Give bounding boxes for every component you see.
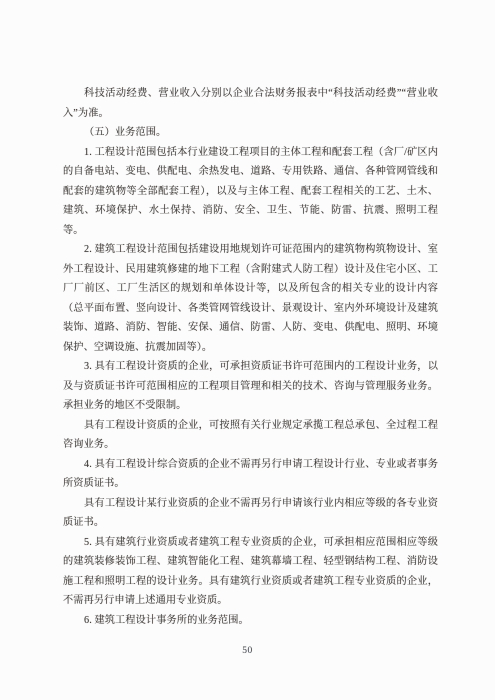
document-page: 科技活动经费、营业收入分别以企业合法财务报表中“科技活动经费”“营业收入”为准。… — [0, 0, 495, 700]
paragraph-item-4: 4. 具有工程设计综合资质的企业不需再另行申请工程设计行业、专业或者事务所资质证… — [63, 455, 438, 494]
paragraph-item-3-continued: 具有工程设计资质的企业，可按照有关行业规定承揽工程总承包、全过程工程咨询业务。 — [63, 416, 438, 455]
paragraph-item-4-continued: 具有工程设计某行业资质的企业不需再另行申请该行业内相应等级的各专业资质证书。 — [63, 494, 438, 533]
paragraph-item-3: 3. 具有工程设计资质的企业，可承担资质证书许可范围内的工程设计业务，以及与资质… — [63, 357, 438, 416]
paragraph-item-2: 2. 建筑工程设计范围包括建设用地规划许可证范围内的建筑物构筑物设计、室外工程设… — [63, 240, 438, 357]
document-body: 科技活动经费、营业收入分别以企业合法财务报表中“科技活动经费”“营业收入”为准。… — [63, 84, 438, 630]
page-number: 50 — [0, 646, 495, 656]
paragraph-funding-basis: 科技活动经费、营业收入分别以企业合法财务报表中“科技活动经费”“营业收入”为准。 — [63, 84, 438, 123]
paragraph-item-5: 5. 具有建筑行业资质或者建筑工程专业资质的企业，可承担相应范围相应等级的建筑装… — [63, 533, 438, 611]
paragraph-section-v-heading: （五）业务范围。 — [63, 123, 438, 143]
paragraph-item-6: 6. 建筑工程设计事务所的业务范围。 — [63, 611, 438, 631]
paragraph-item-1: 1. 工程设计范围包括本行业建设工程项目的主体工程和配套工程（含厂/矿区内的自备… — [63, 143, 438, 241]
